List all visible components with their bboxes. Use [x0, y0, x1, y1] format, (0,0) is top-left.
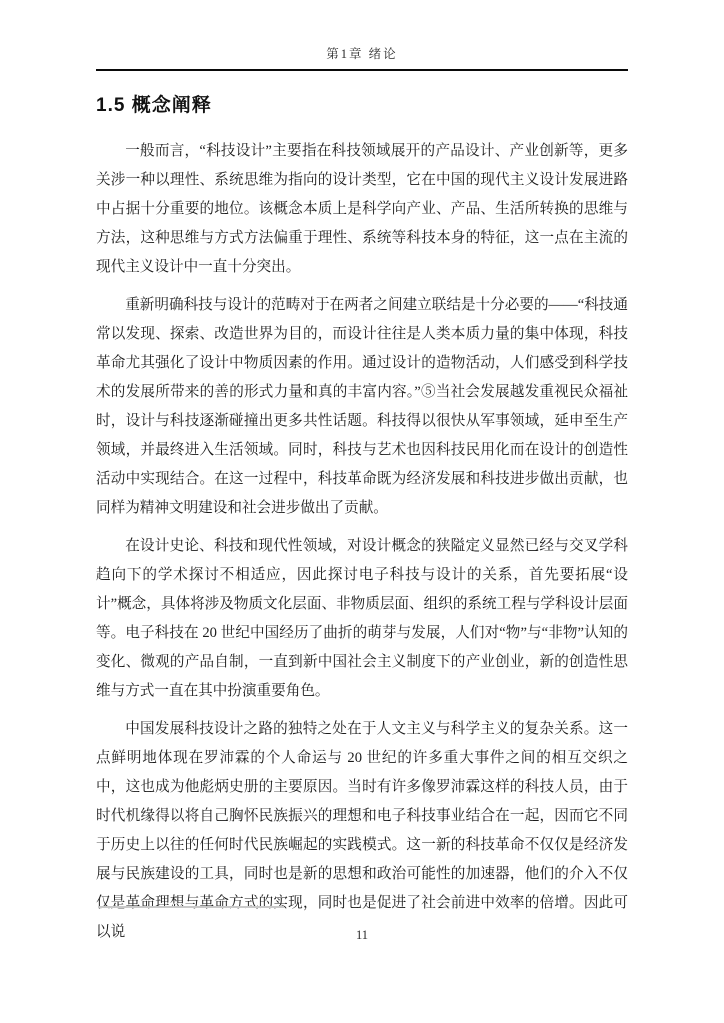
body-paragraph: 在设计史论、科技和现代性领域，对设计概念的狭隘定义显然已经与交叉学科趋向下的学术…: [96, 532, 628, 706]
page-number: 11: [0, 928, 724, 943]
section-heading: 1.5 概念阐释: [96, 90, 628, 117]
body-paragraph: 重新明确科技与设计的范畴对于在两者之间建立联结是十分必要的——“科技通常以发现、…: [96, 291, 628, 523]
body-text-block: 一般而言，“科技设计”主要指在科技领域展开的产品设计、产业创新等，更多关涉一种以…: [96, 137, 628, 956]
footnote-separator-line: [98, 906, 284, 908]
body-paragraph: 一般而言，“科技设计”主要指在科技领域展开的产品设计、产业创新等，更多关涉一种以…: [96, 137, 628, 282]
document-page: 第1章 绪论 1.5 概念阐释 一般而言，“科技设计”主要指在科技领域展开的产品…: [0, 0, 724, 1023]
body-paragraph: 中国发展科技设计之路的独特之处在于人文主义与科学主义的复杂关系。这一点鲜明地体现…: [96, 715, 628, 947]
running-header: 第1章 绪论: [96, 44, 628, 71]
